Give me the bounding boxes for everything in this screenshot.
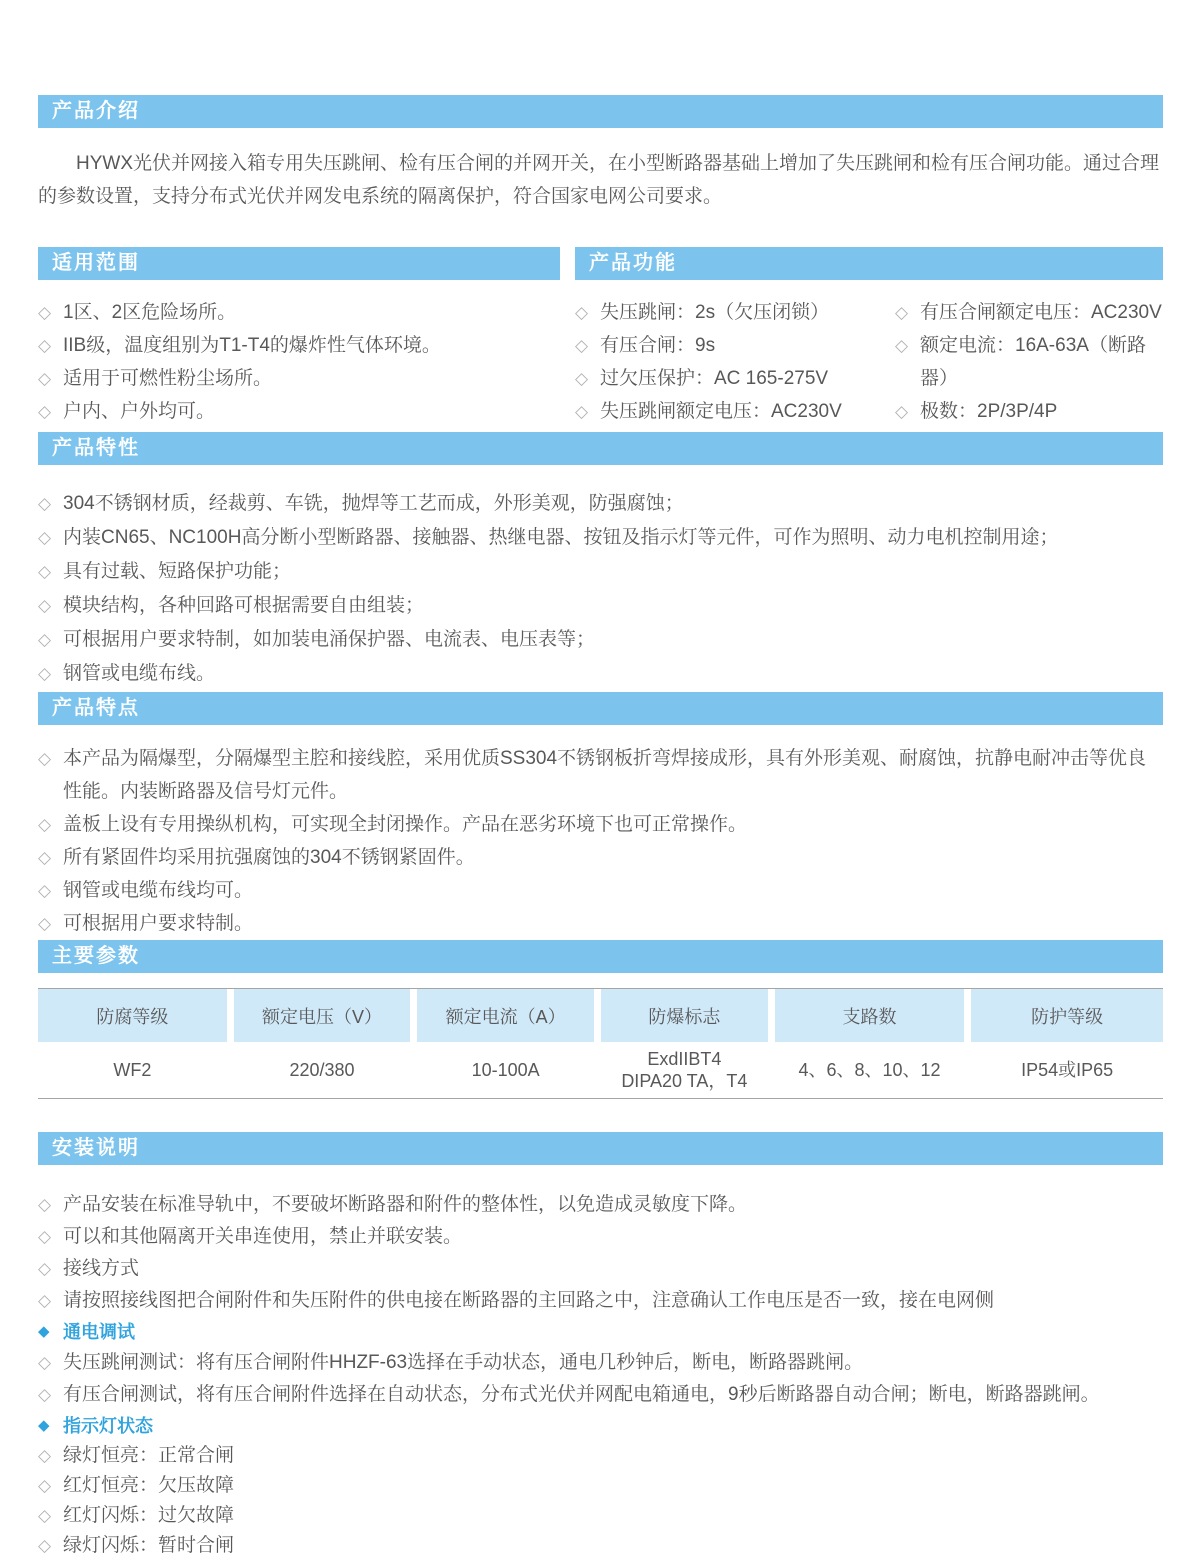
diamond-icon: ◇ <box>38 1501 63 1531</box>
table-header-cell: 防腐等级 <box>38 989 227 1042</box>
diamond-icon: ◇ <box>575 296 600 329</box>
list-item: ◇绿灯恒亮：正常合闸 <box>38 1441 1163 1471</box>
list-item-text: 失压跳闸额定电压：AC230V <box>600 395 895 428</box>
list-item: ◇有压合闸额定电压：AC230V <box>895 296 1163 329</box>
section-title-characteristics: 产品特性 <box>38 432 1163 465</box>
list-item-text: 适用于可燃性粉尘场所。 <box>63 362 560 395</box>
scope-functions-band: 适用范围 ◇1区、2区危险场所。 ◇IIB级，温度组别为T1-T4的爆炸性气体环… <box>38 247 1163 428</box>
diamond-icon: ◇ <box>895 296 920 329</box>
subsection-title-indicator-status: ◆ 指示灯状态 <box>38 1411 1163 1441</box>
list-item-text: 可根据用户要求特制，如加装电涌保护器、电流表、电压表等； <box>63 623 1163 657</box>
diamond-icon: ◇ <box>38 907 63 940</box>
list-item-text: 极数：2P/3P/4P <box>920 395 1163 428</box>
diamond-icon: ◇ <box>38 296 63 329</box>
list-item: ◇可根据用户要求特制，如加装电涌保护器、电流表、电压表等； <box>38 623 1163 657</box>
list-item: ◇模块结构，各种回路可根据需要自由组装； <box>38 589 1163 623</box>
diamond-icon: ◇ <box>38 1531 63 1561</box>
diamond-icon: ◇ <box>38 589 63 623</box>
list-item-text: 过欠压保护：AC 165-275V <box>600 362 895 395</box>
table-data-row: WF2 220/380 10-100A ExdIIBT4 DIPA20 TA，T… <box>38 1042 1163 1098</box>
list-item: ◇盖板上设有专用操纵机构，可实现全封闭操作。产品在恶劣环境下也可正常操作。 <box>38 808 1163 841</box>
indicator-status-list: ◇绿灯恒亮：正常合闸 ◇红灯恒亮：欠压故障 ◇红灯闪烁：过欠故障 ◇绿灯闪烁：暂… <box>38 1441 1163 1561</box>
diamond-icon: ◇ <box>38 329 63 362</box>
characteristics-list: ◇304不锈钢材质，经裁剪、车铣，抛焊等工艺而成，外形美观，防强腐蚀； ◇内装C… <box>38 487 1163 691</box>
list-item-text: 失压跳闸：2s（欠压闭锁） <box>600 296 895 329</box>
table-header-cell: 额定电流（A） <box>417 989 594 1042</box>
list-item-text: IIB级，温度组别为T1-T4的爆炸性气体环境。 <box>63 329 560 362</box>
table-cell: IP54或IP65 <box>971 1042 1163 1098</box>
diamond-icon: ◇ <box>38 521 63 555</box>
list-item: ◇可以和其他隔离开关串连使用，禁止并联安装。 <box>38 1221 1163 1253</box>
list-item-text: 304不锈钢材质，经裁剪、车铣，抛焊等工艺而成，外形美观，防强腐蚀； <box>63 487 1163 521</box>
list-item-text: 模块结构，各种回路可根据需要自由组装； <box>63 589 1163 623</box>
list-item: ◇304不锈钢材质，经裁剪、车铣，抛焊等工艺而成，外形美观，防强腐蚀； <box>38 487 1163 521</box>
functions-columns: ◇失压跳闸：2s（欠压闭锁） ◇有压合闸：9s ◇过欠压保护：AC 165-27… <box>575 296 1163 428</box>
diamond-icon: ◇ <box>38 362 63 395</box>
diamond-icon: ◇ <box>895 329 920 395</box>
table-header-cell: 支路数 <box>775 989 965 1042</box>
list-item-text: 具有过载、短路保护功能； <box>63 555 1163 589</box>
list-item-text: 可根据用户要求特制。 <box>63 907 1163 940</box>
table-cell: ExdIIBT4 DIPA20 TA，T4 <box>601 1042 768 1098</box>
list-item-text: 钢管或电缆布线均可。 <box>63 874 1163 907</box>
list-item: ◇本产品为隔爆型，分隔爆型主腔和接线腔，采用优质SS304不锈钢板折弯焊接成形，… <box>38 742 1163 808</box>
diamond-icon: ◇ <box>575 395 600 428</box>
list-item: ◇产品安装在标准导轨中，不要破坏断路器和附件的整体性，以免造成灵敏度下降。 <box>38 1189 1163 1221</box>
list-item-text: 有压合闸：9s <box>600 329 895 362</box>
diamond-icon: ◇ <box>38 623 63 657</box>
list-item: ◇绿灯闪烁：暂时合闸 <box>38 1531 1163 1561</box>
list-item: ◇适用于可燃性粉尘场所。 <box>38 362 560 395</box>
diamond-icon: ◇ <box>38 1379 63 1411</box>
list-item-text: 绿灯恒亮：正常合闸 <box>63 1441 1163 1471</box>
diamond-icon: ◇ <box>38 487 63 521</box>
solid-diamond-icon: ◆ <box>38 1317 63 1347</box>
list-item: ◇红灯闪烁：过欠故障 <box>38 1501 1163 1531</box>
subsection-title-text: 指示灯状态 <box>63 1411 153 1441</box>
diamond-icon: ◇ <box>575 329 600 362</box>
table-header-cell: 防护等级 <box>971 989 1163 1042</box>
list-item-text: 户内、户外均可。 <box>63 395 560 428</box>
list-item: ◇失压跳闸测试：将有压合闸附件HHZF-63选择在手动状态，通电几秒钟后，断电，… <box>38 1347 1163 1379</box>
list-item: ◇钢管或电缆布线均可。 <box>38 874 1163 907</box>
list-item: ◇失压跳闸：2s（欠压闭锁） <box>575 296 895 329</box>
list-item: ◇钢管或电缆布线。 <box>38 657 1163 691</box>
list-item: ◇请按照接线图把合闸附件和失压附件的供电接在断路器的主回路之中，注意确认工作电压… <box>38 1285 1163 1317</box>
table-cell: 4、6、8、10、12 <box>775 1042 965 1098</box>
section-title-features: 产品特点 <box>38 692 1163 725</box>
list-item-text: 失压跳闸测试：将有压合闸附件HHZF-63选择在手动状态，通电几秒钟后，断电，断… <box>63 1347 1163 1379</box>
section-title-intro: 产品介绍 <box>38 95 1163 128</box>
diamond-icon: ◇ <box>38 1189 63 1221</box>
list-item-text: 请按照接线图把合闸附件和失压附件的供电接在断路器的主回路之中，注意确认工作电压是… <box>63 1285 1163 1317</box>
list-item: ◇过欠压保护：AC 165-275V <box>575 362 895 395</box>
list-item-text: 接线方式 <box>63 1253 1163 1285</box>
section-title-scope: 适用范围 <box>38 247 560 280</box>
section-scope: 适用范围 ◇1区、2区危险场所。 ◇IIB级，温度组别为T1-T4的爆炸性气体环… <box>38 247 560 428</box>
list-item-text: 所有紧固件均采用抗强腐蚀的304不锈钢紧固件。 <box>63 841 1163 874</box>
list-item: ◇红灯恒亮：欠压故障 <box>38 1471 1163 1501</box>
list-item: ◇失压跳闸额定电压：AC230V <box>575 395 895 428</box>
diamond-icon: ◇ <box>38 555 63 589</box>
list-item: ◇有压合闸测试，将有压合闸附件选择在自动状态，分布式光伏并网配电箱通电，9秒后断… <box>38 1379 1163 1411</box>
table-cell: 10-100A <box>417 1042 594 1098</box>
table-header-cell: 防爆标志 <box>601 989 768 1042</box>
diamond-icon: ◇ <box>38 657 63 691</box>
list-item: ◇可根据用户要求特制。 <box>38 907 1163 940</box>
subsection-title-power-on-test: ◆ 通电调试 <box>38 1317 1163 1347</box>
solid-diamond-icon: ◆ <box>38 1411 63 1441</box>
diamond-icon: ◇ <box>38 1253 63 1285</box>
diamond-icon: ◇ <box>38 1471 63 1501</box>
scope-list: ◇1区、2区危险场所。 ◇IIB级，温度组别为T1-T4的爆炸性气体环境。 ◇适… <box>38 296 560 428</box>
list-item: ◇额定电流：16A-63A（断路器） <box>895 329 1163 395</box>
section-title-functions: 产品功能 <box>575 247 1163 280</box>
diamond-icon: ◇ <box>38 1347 63 1379</box>
diamond-icon: ◇ <box>38 874 63 907</box>
functions-list-right: ◇有压合闸额定电压：AC230V ◇额定电流：16A-63A（断路器） ◇极数：… <box>895 296 1163 428</box>
diamond-icon: ◇ <box>38 742 63 808</box>
section-functions: 产品功能 ◇失压跳闸：2s（欠压闭锁） ◇有压合闸：9s ◇过欠压保护：AC 1… <box>575 247 1163 428</box>
section-characteristics: 产品特性 ◇304不锈钢材质，经裁剪、车铣，抛焊等工艺而成，外形美观，防强腐蚀；… <box>38 432 1163 691</box>
installation-list: ◇产品安装在标准导轨中，不要破坏断路器和附件的整体性，以免造成灵敏度下降。 ◇可… <box>38 1189 1163 1317</box>
section-features: 产品特点 ◇本产品为隔爆型，分隔爆型主腔和接线腔，采用优质SS304不锈钢板折弯… <box>38 692 1163 940</box>
list-item: ◇IIB级，温度组别为T1-T4的爆炸性气体环境。 <box>38 329 560 362</box>
list-item: ◇有压合闸：9s <box>575 329 895 362</box>
diamond-icon: ◇ <box>895 395 920 428</box>
list-item: ◇内装CN65、NC100H高分断小型断路器、接触器、热继电器、按钮及指示灯等元… <box>38 521 1163 555</box>
table-cell: WF2 <box>38 1042 227 1098</box>
diamond-icon: ◇ <box>38 1221 63 1253</box>
list-item: ◇接线方式 <box>38 1253 1163 1285</box>
section-parameters: 主要参数 防腐等级 额定电压（V） 额定电流（A） 防爆标志 支路数 防护等级 … <box>38 940 1163 1099</box>
list-item-text: 有压合闸测试，将有压合闸附件选择在自动状态，分布式光伏并网配电箱通电，9秒后断路… <box>63 1379 1163 1411</box>
list-item-text: 红灯闪烁：过欠故障 <box>63 1501 1163 1531</box>
list-item-text: 产品安装在标准导轨中，不要破坏断路器和附件的整体性，以免造成灵敏度下降。 <box>63 1189 1163 1221</box>
diamond-icon: ◇ <box>38 808 63 841</box>
list-item-text: 钢管或电缆布线。 <box>63 657 1163 691</box>
diamond-icon: ◇ <box>38 841 63 874</box>
list-item: ◇1区、2区危险场所。 <box>38 296 560 329</box>
list-item-text: 内装CN65、NC100H高分断小型断路器、接触器、热继电器、按钮及指示灯等元件… <box>63 521 1163 555</box>
power-on-test-list: ◇失压跳闸测试：将有压合闸附件HHZF-63选择在手动状态，通电几秒钟后，断电，… <box>38 1347 1163 1411</box>
list-item-text: 1区、2区危险场所。 <box>63 296 560 329</box>
list-item: ◇所有紧固件均采用抗强腐蚀的304不锈钢紧固件。 <box>38 841 1163 874</box>
section-intro: 产品介绍 HYWX光伏并网接入箱专用失压跳闸、检有压合闸的并网开关，在小型断路器… <box>38 95 1163 213</box>
table-header-row: 防腐等级 额定电压（V） 额定电流（A） 防爆标志 支路数 防护等级 <box>38 989 1163 1042</box>
list-item-text: 额定电流：16A-63A（断路器） <box>920 329 1163 395</box>
functions-list-left: ◇失压跳闸：2s（欠压闭锁） ◇有压合闸：9s ◇过欠压保护：AC 165-27… <box>575 296 895 428</box>
list-item: ◇具有过载、短路保护功能； <box>38 555 1163 589</box>
section-installation: 安装说明 ◇产品安装在标准导轨中，不要破坏断路器和附件的整体性，以免造成灵敏度下… <box>38 1132 1163 1561</box>
section-title-installation: 安装说明 <box>38 1132 1163 1165</box>
diamond-icon: ◇ <box>38 395 63 428</box>
diamond-icon: ◇ <box>38 1441 63 1471</box>
list-item: ◇极数：2P/3P/4P <box>895 395 1163 428</box>
diamond-icon: ◇ <box>38 1285 63 1317</box>
list-item-text: 可以和其他隔离开关串连使用，禁止并联安装。 <box>63 1221 1163 1253</box>
list-item-text: 盖板上设有专用操纵机构，可实现全封闭操作。产品在恶劣环境下也可正常操作。 <box>63 808 1163 841</box>
diamond-icon: ◇ <box>575 362 600 395</box>
table-cell: 220/380 <box>234 1042 411 1098</box>
intro-paragraph: HYWX光伏并网接入箱专用失压跳闸、检有压合闸的并网开关，在小型断路器基础上增加… <box>38 147 1163 213</box>
section-title-parameters: 主要参数 <box>38 940 1163 973</box>
parameters-table: 防腐等级 额定电压（V） 额定电流（A） 防爆标志 支路数 防护等级 WF2 2… <box>38 988 1163 1099</box>
list-item-text: 绿灯闪烁：暂时合闸 <box>63 1531 1163 1561</box>
list-item: ◇户内、户外均可。 <box>38 395 560 428</box>
table-header-cell: 额定电压（V） <box>234 989 411 1042</box>
subsection-title-text: 通电调试 <box>63 1317 135 1347</box>
list-item-text: 红灯恒亮：欠压故障 <box>63 1471 1163 1501</box>
list-item-text: 有压合闸额定电压：AC230V <box>920 296 1163 329</box>
list-item-text: 本产品为隔爆型，分隔爆型主腔和接线腔，采用优质SS304不锈钢板折弯焊接成形，具… <box>63 742 1163 808</box>
product-detail-page: 产品介绍 HYWX光伏并网接入箱专用失压跳闸、检有压合闸的并网开关，在小型断路器… <box>0 0 1200 1567</box>
features-list: ◇本产品为隔爆型，分隔爆型主腔和接线腔，采用优质SS304不锈钢板折弯焊接成形，… <box>38 742 1163 940</box>
